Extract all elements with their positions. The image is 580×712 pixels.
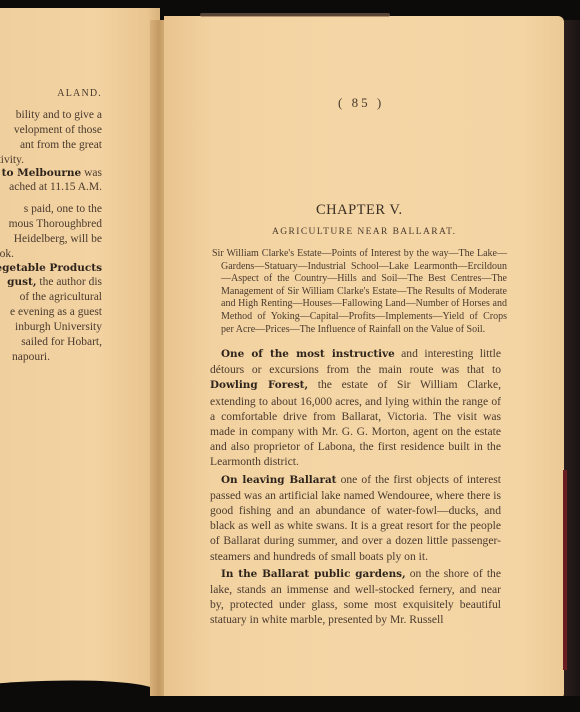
left-line: of the agricultural [20, 290, 102, 305]
left-line: s book. [0, 247, 14, 262]
left-line: Heidelberg, will be [14, 232, 102, 247]
paragraph-lead: On leaving Ballarat [221, 474, 336, 486]
left-line: egetable Products [0, 261, 102, 276]
left-line: velopment of those [14, 123, 102, 138]
left-line: e evening as a guest [10, 305, 102, 320]
chapter-body: One of the most instructive and interest… [210, 346, 501, 628]
left-line: mous Thoroughbred [9, 217, 102, 232]
paragraph: One of the most instructive and interest… [210, 346, 501, 470]
left-line: ached at 11.15 A.M. [9, 180, 102, 195]
left-line: inburgh University [15, 320, 102, 335]
page-number: ( 85 ) [338, 95, 384, 111]
chapter-title: CHAPTER V. [316, 202, 403, 219]
paragraph-lead: One of the most instructive [221, 348, 395, 360]
chapter-subtitle: AGRICULTURE NEAR BALLARAT. [272, 227, 456, 237]
left-line: bility and to give a [16, 108, 102, 123]
left-line: ant from the great [20, 138, 102, 153]
page-top-edge [200, 13, 390, 17]
chapter-synopsis: Sir William Clarke's Estate—Points of In… [212, 248, 507, 336]
left-running-header: ALAND. [57, 86, 102, 101]
table-surface [0, 696, 580, 712]
red-cover-trim [563, 470, 567, 670]
left-line: napouri. [12, 350, 50, 365]
left-line: to Melbourne was [2, 166, 102, 181]
paragraph-lead: In the Ballarat public gardens, [221, 568, 406, 580]
left-page: ALAND. bility and to give a velopment of… [0, 8, 160, 694]
paragraph: In the Ballarat public gardens, on the s… [210, 566, 501, 628]
bold-place-name: Dowling Forest, [210, 379, 308, 391]
left-line: sailed for Hobart, [21, 335, 102, 350]
left-line: s paid, one to the [24, 202, 102, 217]
paragraph: On leaving Ballarat one of the first obj… [210, 472, 501, 564]
left-line: gust, the author dis [7, 275, 102, 290]
